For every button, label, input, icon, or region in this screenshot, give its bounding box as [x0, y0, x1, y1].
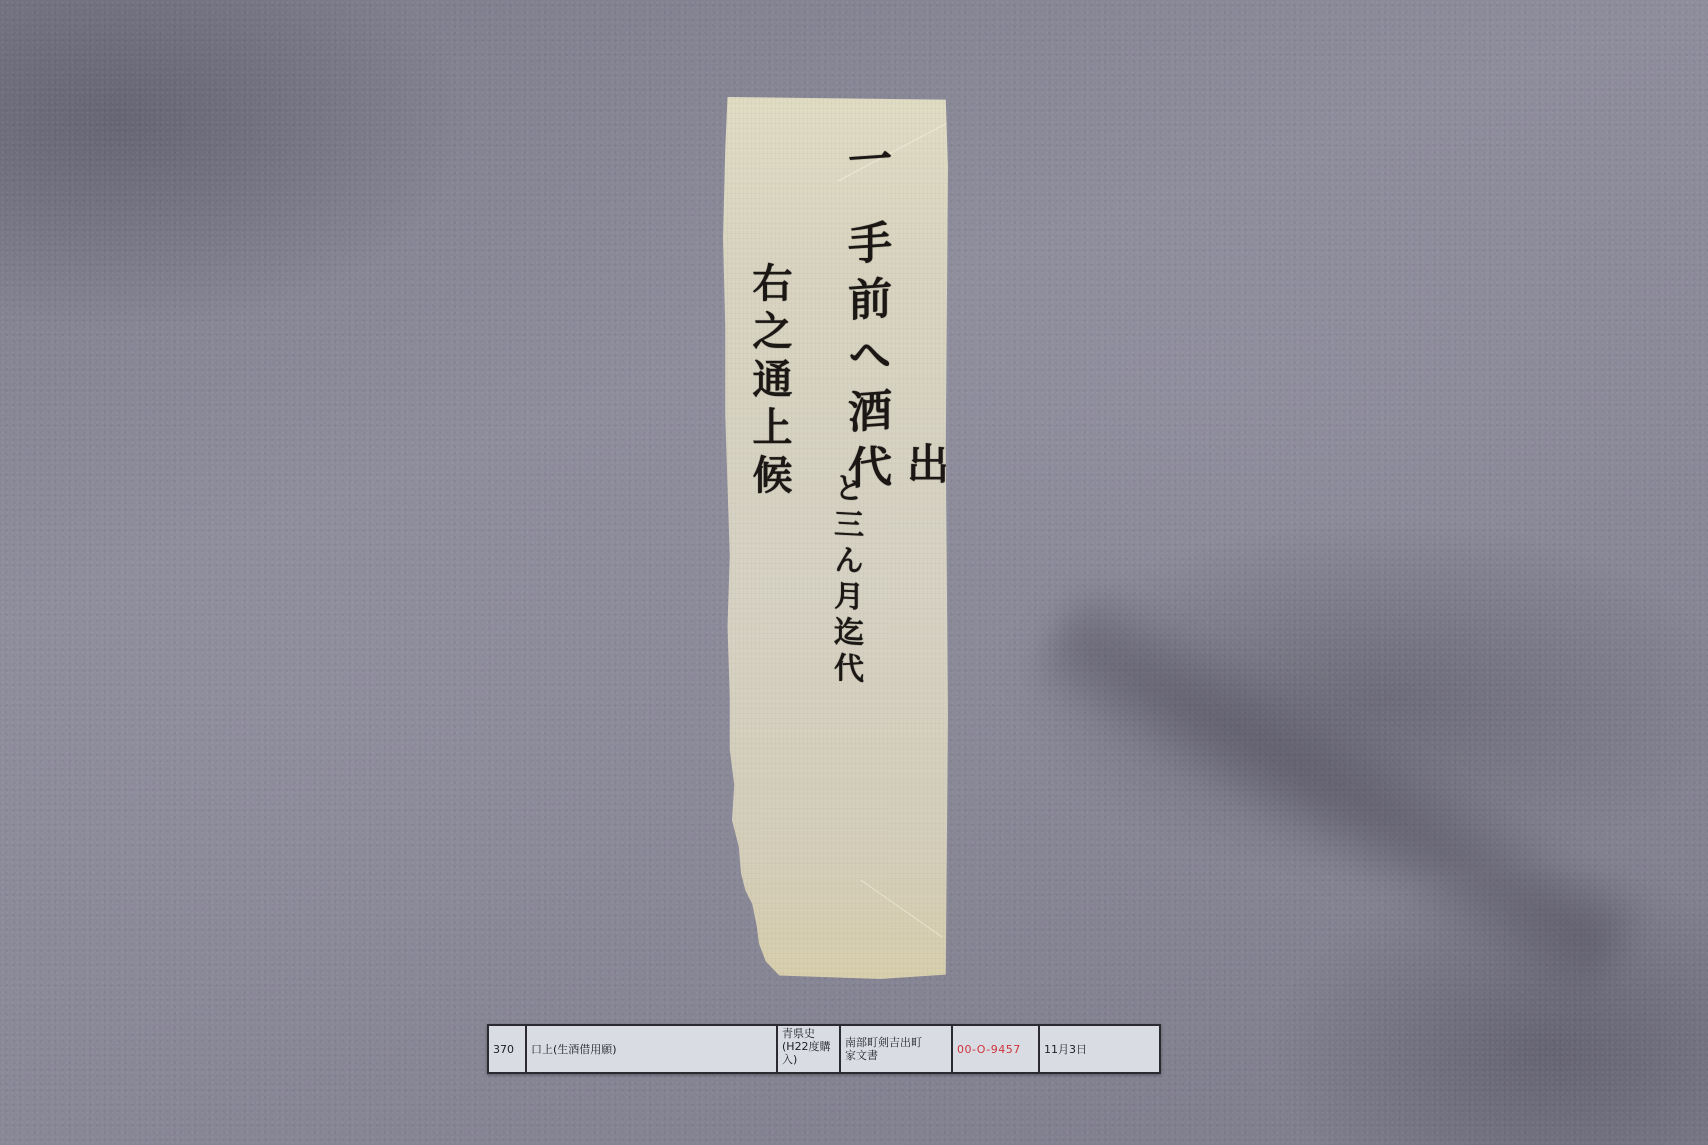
historical-document: 一 手前へ酒代 出 と三ん月迄代 右之通上候: [723, 97, 948, 979]
catalog-number: 370: [489, 1026, 527, 1072]
calligraphy-column: 一 手前へ酒代: [833, 135, 897, 503]
catalog-label: 370 口上(生酒借用願) 青県史 (H22度購 入) 南部町剣吉出町 家文書 …: [487, 1024, 1161, 1074]
catalog-date: 11月3日: [1040, 1026, 1159, 1072]
catalog-title: 口上(生酒借用願): [527, 1026, 778, 1072]
paper-crease: [838, 880, 943, 971]
calligraphy-column: と三ん月迄代: [823, 471, 867, 689]
catalog-code: 00-O-9457: [953, 1026, 1040, 1072]
calligraphy-column: 右之通上候: [741, 262, 798, 502]
catalog-collection: 南部町剣吉出町 家文書: [841, 1026, 953, 1072]
catalog-source: 青県史 (H22度購 入): [778, 1026, 841, 1072]
